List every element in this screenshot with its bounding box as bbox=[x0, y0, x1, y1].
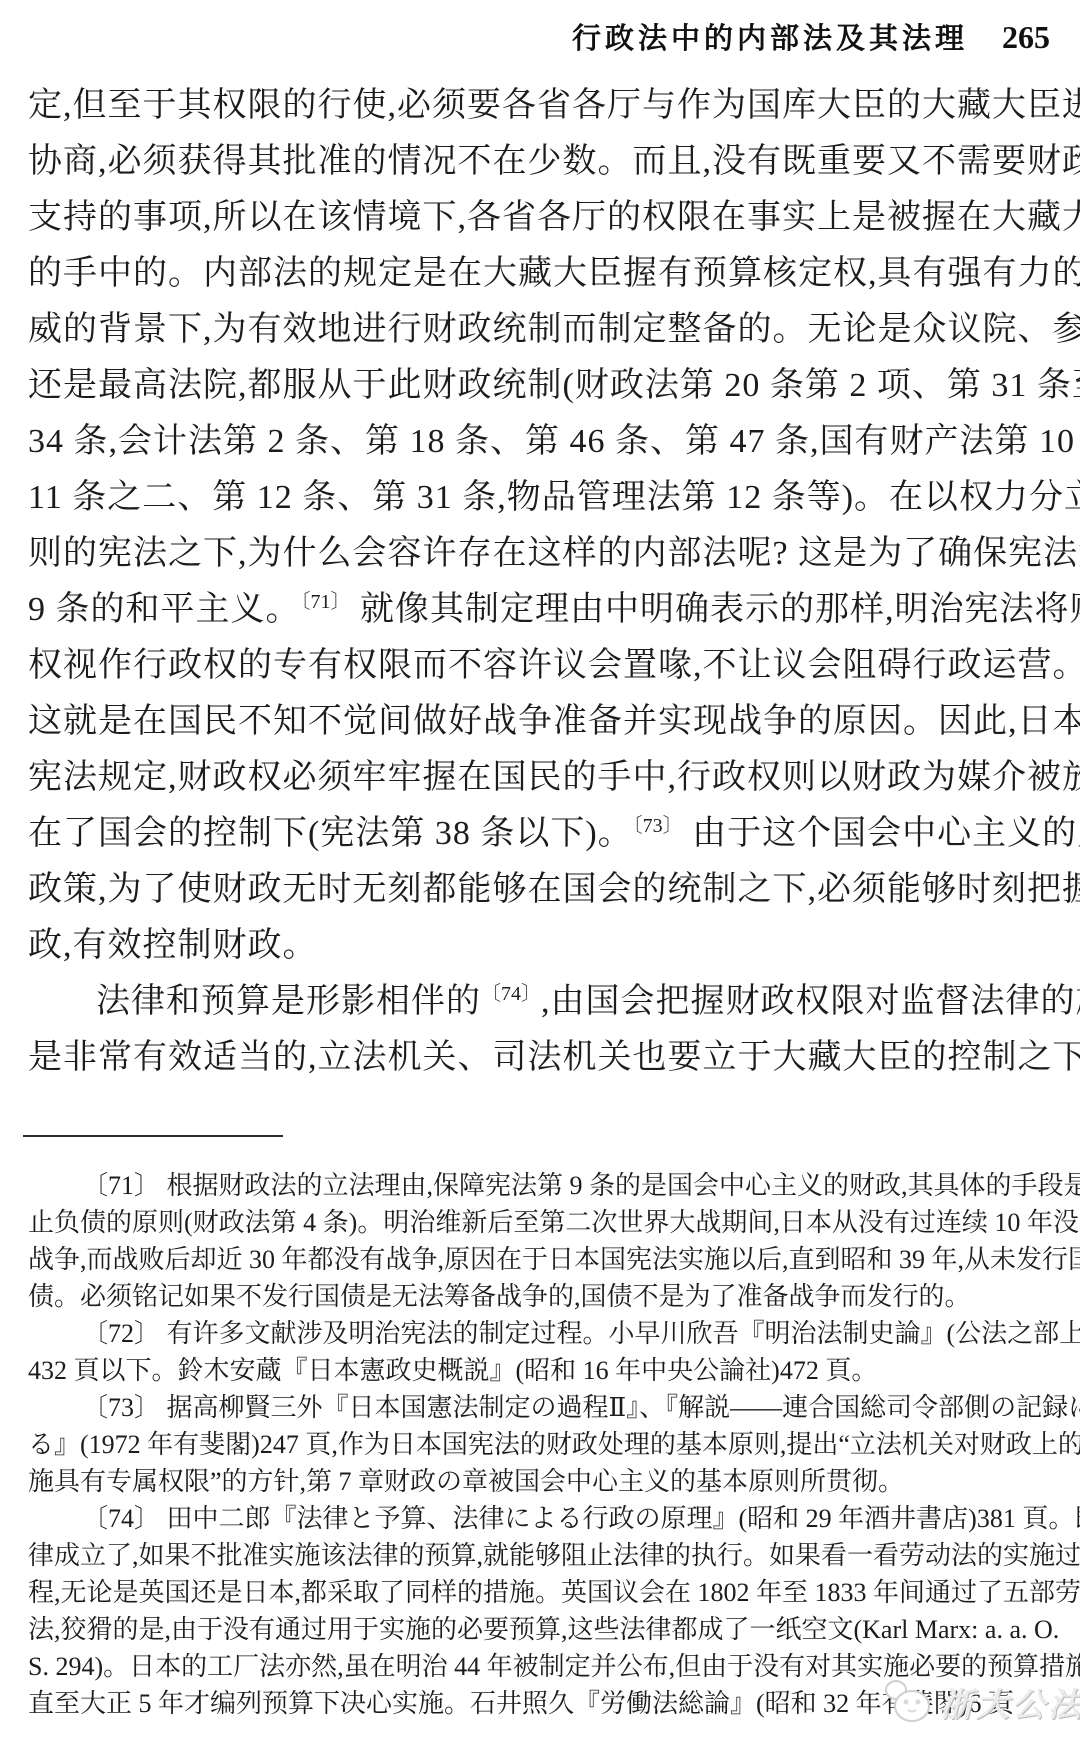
footnote-separator bbox=[23, 1135, 283, 1137]
body-line: 权视作行政权的专有权限而不容许议会置喙,不让议会阻碍行政运营。〔72〕 bbox=[28, 638, 1050, 694]
footnotes: 〔71〕 根据财政法的立法理由,保障宪法第 9 条的是国会中心主义的财政,其具体… bbox=[28, 1167, 1052, 1722]
book-page: 行政法中的内部法及其法理 265 定,但至于其权限的行使,必须要各省各厅与作为国… bbox=[0, 0, 1080, 1758]
body-line: 还是最高法院,都服从于此财政统制(财政法第 20 条第 2 项、第 31 条至第 bbox=[28, 358, 1050, 414]
footnote-line: 〔72〕 有许多文献涉及明治宪法的制定过程。小早川欣吾『明治法制史論』(公法之部… bbox=[28, 1315, 1052, 1352]
body-line: 的手中的。内部法的规定是在大藏大臣握有预算核定权,具有强有力的权 bbox=[28, 246, 1050, 302]
body-line-text: 由于这个国会中心主义的财政 bbox=[683, 815, 1080, 852]
body-line-text: 11 条之二、第 12 条、第 31 条,物品管理法第 12 条等)。在以权力分… bbox=[28, 479, 1080, 516]
body-line-text: ,由国会把握财政权限对监督法律的施行 bbox=[541, 983, 1080, 1020]
footnote-line: 止负债的原则(财政法第 4 条)。明治维新后至第二次世界大战期间,日本从没有过连… bbox=[28, 1204, 1052, 1241]
body-line: 法律和预算是形影相伴的〔74〕,由国会把握财政权限对监督法律的施行 bbox=[28, 974, 1050, 1030]
body-line-text: 协商,必须获得其批准的情况不在少数。而且,没有既重要又不需要财政的 bbox=[28, 143, 1080, 180]
body-line-text: 这就是在国民不知不觉间做好战争准备并实现战争的原因。因此,日本国 bbox=[28, 703, 1080, 740]
body-line-text: 在了国会的控制下(宪法第 38 条以下)。 bbox=[28, 815, 633, 852]
body-line: 这就是在国民不知不觉间做好战争准备并实现战争的原因。因此,日本国 bbox=[28, 694, 1050, 750]
footnote-line: 〔73〕 据高柳賢三外『日本国憲法制定の過程Ⅱ』、『解説——連合国総司令部側の記… bbox=[28, 1389, 1052, 1426]
footnote-ref-73: 〔73〕 bbox=[633, 815, 683, 837]
body-text: 定,但至于其权限的行使,必须要各省各厅与作为国库大臣的大藏大臣进行 协商,必须获… bbox=[28, 78, 1050, 1086]
footnote-line: 律成立了,如果不批准实施该法律的预算,就能够阻止法律的执行。如果看一看劳动法的实… bbox=[28, 1537, 1052, 1574]
body-line-text: 9 条的和平主义。 bbox=[28, 591, 301, 628]
footnote-line: 战争,而战败后却近 30 年都没有战争,原因在于日本国宪法实施以后,直到昭和 3… bbox=[28, 1241, 1052, 1278]
footnote-ref-74: 〔74〕 bbox=[481, 983, 541, 1005]
body-line: 协商,必须获得其批准的情况不在少数。而且,没有既重要又不需要财政的 bbox=[28, 134, 1050, 190]
body-line-text: 定,但至于其权限的行使,必须要各省各厅与作为国库大臣的大藏大臣进行 bbox=[28, 87, 1080, 124]
footnote-line: 施具有专属权限”的方针,第 7 章财政の章被国会中心主义的基本原则所贯彻。 bbox=[28, 1463, 1052, 1500]
body-line-text: 就像其制定理由中明确表示的那样,明治宪法将财政 bbox=[351, 591, 1080, 628]
footnote-line: 〔71〕 根据财政法的立法理由,保障宪法第 9 条的是国会中心主义的财政,其具体… bbox=[28, 1167, 1052, 1204]
footnote-line: S. 294)。日本的工厂法亦然,虽在明治 44 年被制定并公布,但由于没有对其… bbox=[28, 1648, 1052, 1685]
body-line-text: 权视作行政权的专有权限而不容许议会置喙,不让议会阻碍行政运营。 bbox=[28, 647, 1080, 684]
body-line: 威的背景下,为有效地进行财政统制而制定整备的。无论是众议院、参议院 bbox=[28, 302, 1050, 358]
footnote-line: 程,无论是英国还是日本,都采取了同样的措施。英国议会在 1802 年至 1833… bbox=[28, 1574, 1052, 1611]
footnote-line: 〔74〕 田中二郎『法律と予算、法律による行政の原理』(昭和 29 年酒井書店)… bbox=[28, 1500, 1052, 1537]
body-line-text: 政策,为了使财政无时无刻都能够在国会的统制之下,必须能够时刻把握财 bbox=[28, 871, 1080, 908]
footnote-ref-71: 〔71〕 bbox=[301, 591, 351, 613]
footnote-line: 法,狡猾的是,由于没有通过用于实施的必要预算,这些法律都成了一纸空文(Karl … bbox=[28, 1611, 1052, 1648]
body-line-text: 还是最高法院,都服从于此财政统制(财政法第 20 条第 2 项、第 31 条至第 bbox=[28, 367, 1080, 404]
body-line-text: 则的宪法之下,为什么会容许存在这样的内部法呢? 这是为了确保宪法第 bbox=[28, 535, 1080, 572]
body-line: 是非常有效适当的,立法机关、司法机关也要立于大藏大臣的控制之下,这 bbox=[28, 1030, 1050, 1086]
body-line-text: 法律和预算是形影相伴的 bbox=[96, 983, 481, 1020]
body-line-text: 的手中的。内部法的规定是在大藏大臣握有预算核定权,具有强有力的权 bbox=[28, 255, 1080, 292]
body-line-text: 34 条,会计法第 2 条、第 18 条、第 46 条、第 47 条,国有财产法… bbox=[28, 423, 1080, 460]
page-header: 行政法中的内部法及其法理 265 bbox=[572, 16, 1050, 57]
body-line-text: 宪法规定,财政权必须牢牢握在国民的手中,行政权则以财政为媒介被放置 bbox=[28, 759, 1080, 796]
footnote-line: 直至大正 5 年才编列预算下决心实施。石井照久『労働法総論』(昭和 32 年有斐… bbox=[28, 1685, 1052, 1722]
running-title: 行政法中的内部法及其法理 bbox=[572, 16, 968, 57]
body-line: 9 条的和平主义。〔71〕 就像其制定理由中明确表示的那样,明治宪法将财政 bbox=[28, 582, 1050, 638]
body-line: 政策,为了使财政无时无刻都能够在国会的统制之下,必须能够时刻把握财 bbox=[28, 862, 1050, 918]
body-line: 34 条,会计法第 2 条、第 18 条、第 46 条、第 47 条,国有财产法… bbox=[28, 414, 1050, 470]
body-line-text: 支持的事项,所以在该情境下,各省各厅的权限在事实上是被握在大藏大臣 bbox=[28, 199, 1080, 236]
body-line: 宪法规定,财政权必须牢牢握在国民的手中,行政权则以财政为媒介被放置 bbox=[28, 750, 1050, 806]
footnote-line: 债。必须铭记如果不发行国债是无法筹备战争的,国债不是为了准备战争而发行的。 bbox=[28, 1278, 1052, 1315]
body-line: 在了国会的控制下(宪法第 38 条以下)。〔73〕 由于这个国会中心主义的财政 bbox=[28, 806, 1050, 862]
footnote-line: る』(1972 年有斐閣)247 頁,作为日本国宪法的财政处理的基本原则,提出“… bbox=[28, 1426, 1052, 1463]
body-line: 支持的事项,所以在该情境下,各省各厅的权限在事实上是被握在大藏大臣 bbox=[28, 190, 1050, 246]
body-line-text: 政,有效控制财政。 bbox=[28, 927, 318, 964]
body-line: 则的宪法之下,为什么会容许存在这样的内部法呢? 这是为了确保宪法第 bbox=[28, 526, 1050, 582]
body-line-text: 是非常有效适当的,立法机关、司法机关也要立于大藏大臣的控制之下,这 bbox=[28, 1039, 1080, 1076]
body-line: 政,有效控制财政。 bbox=[28, 918, 1050, 974]
body-line: 定,但至于其权限的行使,必须要各省各厅与作为国库大臣的大藏大臣进行 bbox=[28, 78, 1050, 134]
body-line: 11 条之二、第 12 条、第 31 条,物品管理法第 12 条等)。在以权力分… bbox=[28, 470, 1050, 526]
body-line-text: 威的背景下,为有效地进行财政统制而制定整备的。无论是众议院、参议院 bbox=[28, 311, 1080, 348]
page-number: 265 bbox=[1002, 19, 1050, 56]
footnote-line: 432 頁以下。鈴木安蔵『日本憲政史概説』(昭和 16 年中央公論社)472 頁… bbox=[28, 1352, 1052, 1389]
